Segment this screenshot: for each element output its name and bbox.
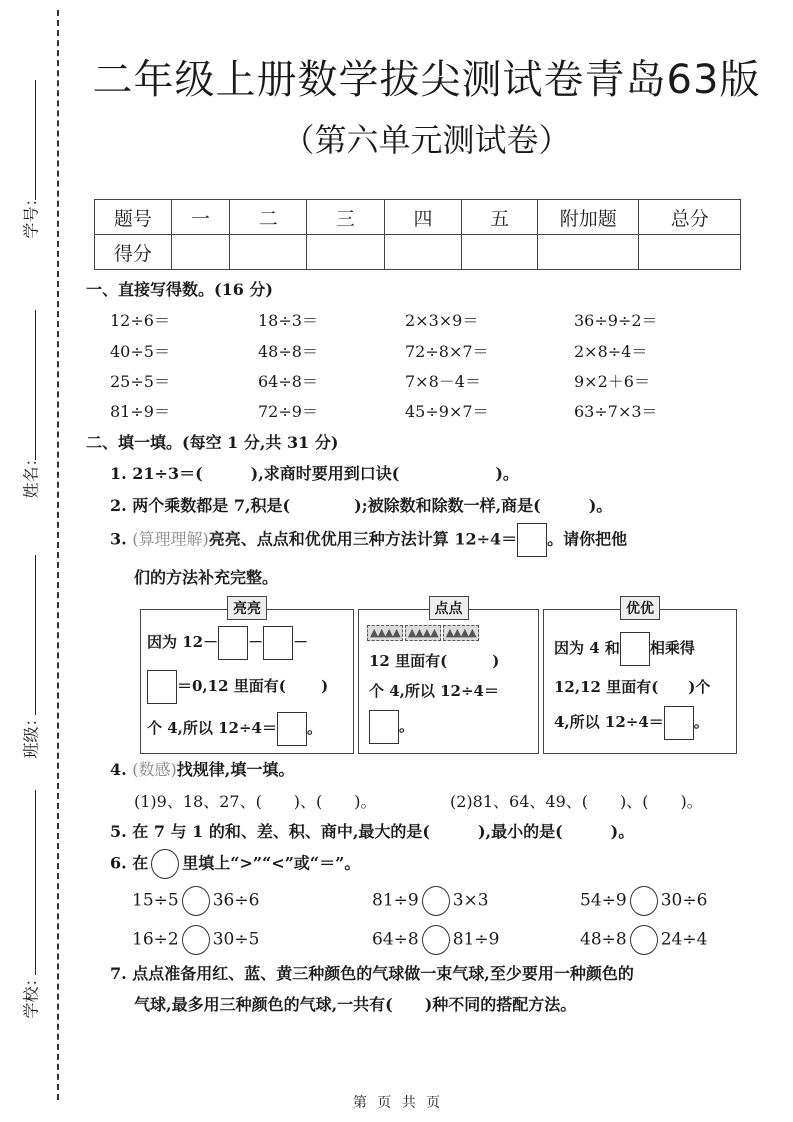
method-name-diandian: 点点 [429, 596, 469, 620]
method3-text: 因为 4 和 [554, 639, 620, 657]
question-4-number: 4. [110, 760, 127, 779]
compare-item: 15÷536÷6 [132, 886, 259, 916]
triangle-groups: ▲▲▲▲▲▲▲▲▲▲▲▲ [367, 622, 481, 641]
question-5: 5. 在 7 与 1 的和、差、积、商中,最大的是( ),最小的是( )。 [110, 819, 634, 842]
school-underline [35, 790, 36, 975]
compare-right: 30÷5 [213, 930, 260, 950]
score-input-cell[interactable] [171, 235, 230, 270]
name-field[interactable]: 姓名： [18, 310, 42, 510]
method2-line3: 。 [369, 710, 414, 744]
binding-dashed-line [57, 10, 59, 1100]
method1-line3: 个 4,所以 12÷4＝。 [147, 712, 322, 746]
method-name-liangliang: 亮亮 [227, 596, 267, 620]
calc-item: 64÷8＝ [258, 369, 318, 392]
method3-line3: 4,所以 12÷4＝。 [554, 706, 709, 740]
question-4: 4. (数感)找规律,填一填。 [110, 757, 294, 780]
calc-item: 9×2＋6＝ [574, 369, 650, 392]
question-3: 3. (算理理解)亮亮、点点和优优用三种方法计算 12÷4＝。请你把他 [110, 523, 627, 557]
method1-text: 。 [307, 719, 322, 737]
question-4-tag: (数感) [132, 760, 177, 779]
answer-box[interactable] [263, 626, 293, 660]
question-1: 1. 21÷3＝( ),求商时要用到口诀( )。 [110, 461, 519, 484]
score-table: 题号 一 二 三 四 五 附加题 总分 得分 [94, 199, 741, 270]
compare-right: 30÷6 [661, 891, 708, 911]
name-underline [35, 310, 36, 460]
compare-left: 81÷9 [372, 891, 419, 911]
question-6: 6. 在里填上“>”“<”或“＝”。 [110, 849, 360, 879]
answer-box[interactable] [664, 706, 694, 740]
method1-line2: ＝0,12 里面有( ) [147, 670, 328, 704]
class-underline [35, 555, 36, 715]
method-box-youyou: 优优 因为 4 和相乘得 12,12 里面有( )个 4,所以 12÷4＝。 [543, 609, 737, 754]
calc-item: 63÷7×3＝ [574, 399, 658, 422]
triangle-group-icon: ▲▲▲▲ [443, 625, 479, 641]
score-header-cell: 四 [384, 200, 462, 235]
compare-right: 81÷9 [453, 930, 500, 950]
compare-circle[interactable] [182, 886, 210, 916]
method1-text: － [248, 633, 263, 651]
score-input-cell[interactable] [230, 235, 307, 270]
compare-left: 48÷8 [580, 930, 627, 950]
compare-item: 81÷93×3 [372, 886, 489, 916]
circle-icon [151, 849, 179, 879]
section1-title: 一、直接写得数。(16 分) [86, 277, 273, 300]
compare-right: 36÷6 [213, 891, 260, 911]
student-number-label: 学号： [19, 215, 42, 239]
method-box-liangliang: 亮亮 因为 12－－－ ＝0,12 里面有( ) 个 4,所以 12÷4＝。 [140, 609, 354, 754]
method3-line1: 因为 4 和相乘得 [554, 632, 695, 666]
score-table-score-row: 得分 [95, 235, 741, 270]
class-label: 班级： [19, 735, 42, 759]
compare-circle[interactable] [630, 925, 658, 955]
score-header-cell: 五 [462, 200, 538, 235]
method3-text: 4,所以 12÷4＝ [554, 713, 664, 731]
compare-circle[interactable] [422, 886, 450, 916]
answer-box[interactable] [218, 626, 248, 660]
calc-item: 25÷5＝ [110, 369, 170, 392]
compare-item: 64÷881÷9 [372, 925, 499, 955]
score-input-cell[interactable] [462, 235, 538, 270]
name-label: 姓名： [19, 475, 42, 499]
question-7-line2: 气球,最多用三种颜色的气球,一共有( )种不同的搭配方法。 [134, 992, 576, 1015]
question-6-text: 6. 在 [110, 854, 148, 873]
compare-left: 64÷8 [372, 930, 419, 950]
school-field[interactable]: 学校： [18, 790, 42, 1030]
score-header-cell: 总分 [639, 200, 741, 235]
method3-line2: 12,12 里面有( )个 [554, 676, 710, 697]
question-3-number: 3. [110, 530, 127, 549]
calc-item: 2×8÷4＝ [574, 339, 647, 362]
triangle-group-icon: ▲▲▲▲ [367, 625, 403, 641]
question-4-part2: (2)81、64、49、( )、( )。 [450, 789, 703, 812]
school-label: 学校： [19, 995, 42, 1019]
method1-text: ＝0,12 里面有( ) [177, 677, 328, 695]
method1-text: － [293, 633, 308, 651]
calc-item: 2×3×9＝ [405, 308, 478, 331]
page-title: 二年级上册数学拔尖测试卷青岛63版 [60, 48, 793, 105]
student-number-field[interactable]: 学号： [18, 80, 42, 260]
compare-right: 24÷4 [661, 930, 708, 950]
method1-line1: 因为 12－－－ [147, 626, 308, 660]
question-3-text-c: 们的方法补充完整。 [134, 565, 278, 588]
page-footer: 第 页 共 页 [0, 1092, 793, 1112]
compare-left: 16÷2 [132, 930, 179, 950]
method3-text: 。 [694, 713, 709, 731]
answer-box[interactable] [517, 523, 547, 557]
calc-item: 81÷9＝ [110, 399, 170, 422]
method-box-diandian: 点点 ▲▲▲▲▲▲▲▲▲▲▲▲ 12 里面有( ) 个 4,所以 12÷4＝ 。 [358, 609, 539, 754]
score-header-cell: 附加题 [537, 200, 638, 235]
question-3-text-b: 。请你把他 [547, 530, 627, 549]
calc-item: 48÷8＝ [258, 339, 318, 362]
student-number-underline [35, 80, 36, 200]
score-row-label: 得分 [95, 235, 172, 270]
calc-item: 72÷9＝ [258, 399, 318, 422]
compare-circle[interactable] [182, 925, 210, 955]
answer-box[interactable] [369, 710, 399, 744]
method2-line2: 个 4,所以 12÷4＝ [369, 680, 499, 701]
answer-box[interactable] [620, 632, 650, 666]
compare-right: 3×3 [453, 891, 489, 911]
compare-circle[interactable] [422, 925, 450, 955]
triangle-group-icon: ▲▲▲▲ [405, 625, 441, 641]
question-4-text: 找规律,填一填。 [177, 760, 295, 779]
method1-text: 因为 12－ [147, 633, 218, 651]
compare-circle[interactable] [630, 886, 658, 916]
question-6-text: 里填上“>”“<”或“＝”。 [182, 854, 360, 873]
class-field[interactable]: 班级： [18, 555, 42, 775]
score-input-cell[interactable] [384, 235, 462, 270]
score-input-cell[interactable] [639, 235, 741, 270]
page-subtitle: （第六单元测试卷） [60, 115, 793, 161]
compare-item: 48÷824÷4 [580, 925, 707, 955]
score-input-cell[interactable] [537, 235, 638, 270]
calc-item: 72÷8×7＝ [405, 339, 489, 362]
method2-text: 。 [399, 717, 414, 735]
question-3-text-a: 亮亮、点点和优优用三种方法计算 12÷4＝ [209, 530, 517, 549]
compare-item: 16÷230÷5 [132, 925, 259, 955]
score-input-cell[interactable] [307, 235, 385, 270]
score-header-cell: 二 [230, 200, 307, 235]
answer-box[interactable] [147, 670, 177, 704]
calc-item: 7×8－4＝ [405, 369, 481, 392]
compare-item: 54÷930÷6 [580, 886, 707, 916]
method1-text: 个 4,所以 12÷4＝ [147, 719, 277, 737]
question-7-line1: 7. 点点准备用红、蓝、黄三种颜色的气球做一束气球,至少要用一种颜色的 [110, 961, 634, 984]
answer-box[interactable] [277, 712, 307, 746]
method3-text: 相乘得 [650, 639, 695, 657]
score-table-header-row: 题号 一 二 三 四 五 附加题 总分 [95, 200, 741, 235]
question-4-part1: (1)9、18、27、( )、( )。 [134, 789, 377, 812]
question-2: 2. 两个乘数都是 7,积是( );被除数和除数一样,商是( )。 [110, 493, 612, 516]
compare-left: 15÷5 [132, 891, 179, 911]
calc-item: 18÷3＝ [258, 308, 318, 331]
compare-left: 54÷9 [580, 891, 627, 911]
method2-line1: 12 里面有( ) [369, 650, 499, 671]
method-name-youyou: 优优 [620, 596, 660, 620]
calc-item: 36÷9÷2＝ [574, 308, 658, 331]
calc-item: 40÷5＝ [110, 339, 170, 362]
calc-item: 45÷9×7＝ [405, 399, 489, 422]
section2-title: 二、填一填。(每空 1 分,共 31 分) [86, 430, 338, 453]
score-header-cell: 题号 [95, 200, 172, 235]
question-3-tag: (算理理解) [132, 530, 209, 549]
score-header-cell: 三 [307, 200, 385, 235]
calc-item: 12÷6＝ [110, 308, 170, 331]
score-header-cell: 一 [171, 200, 230, 235]
